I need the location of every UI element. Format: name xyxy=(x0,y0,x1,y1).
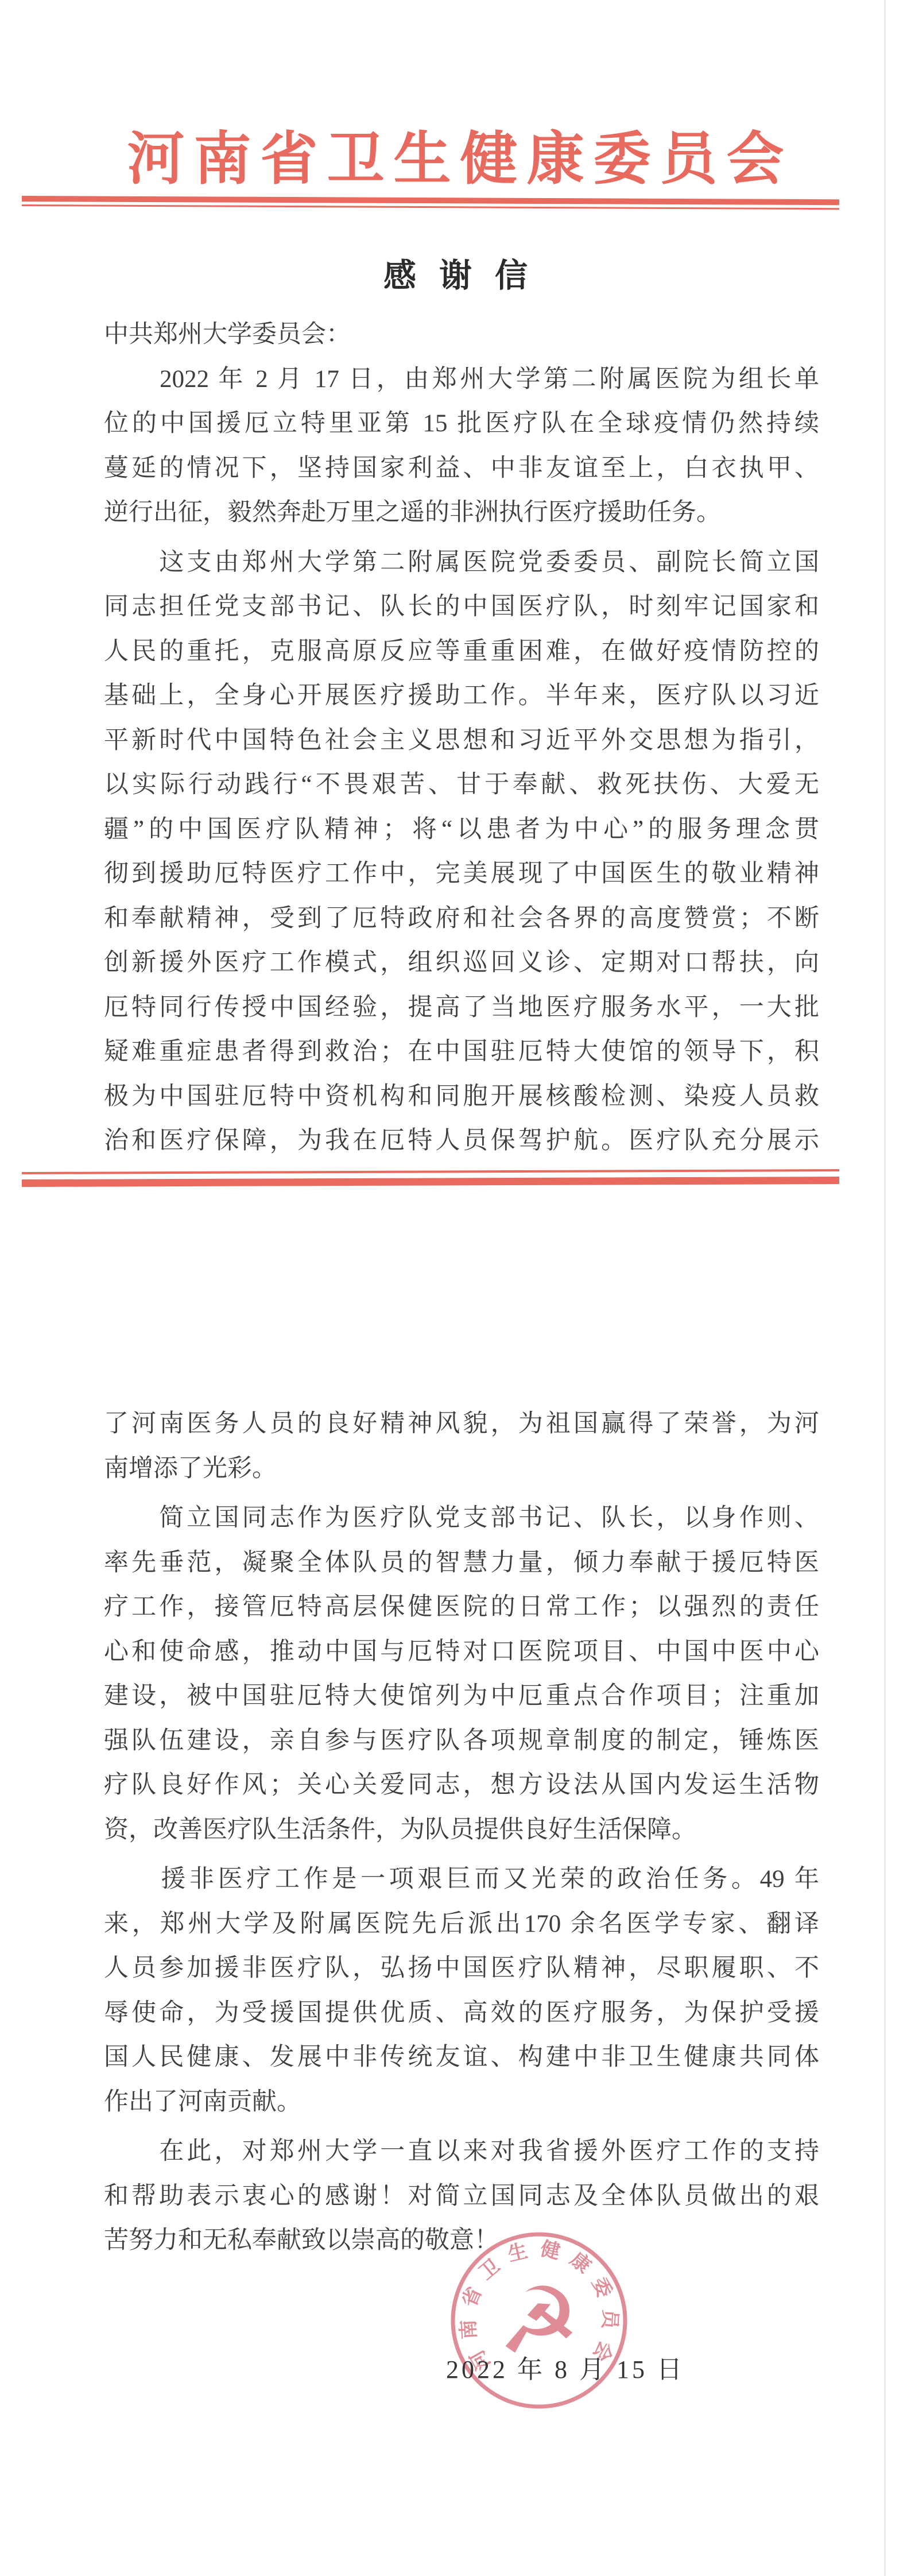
text-line: 强队伍建设，亲自参与医疗队各项规章制度的制定，锤炼医 xyxy=(104,1719,819,1763)
text-line: 简立国同志作为医疗队党支部书记、队长，以身作则、 xyxy=(104,1496,819,1541)
text-line: 来，郑州大学及附属医院先后派出170 余名医学专家、翻译 xyxy=(104,1902,819,1947)
text-line: 中共郑州大学委员会： xyxy=(104,312,819,357)
text-line: 蔓延的情况下，坚持国家利益、中非友谊至上，白衣执甲、 xyxy=(104,446,819,491)
text-line: 治和医疗保障，为我在厄特人员保驾护航。医疗队充分展示 xyxy=(104,1119,819,1163)
text-line: 人员参加援非医疗队，弘扬中国医疗队精神，尽职履职、不 xyxy=(104,1946,819,1991)
text-line: 逆行出征，毅然奔赴万里之遥的非洲执行医疗援助任务。 xyxy=(104,490,819,535)
text-line: 了河南医务人员的良好精神风貌，为祖国赢得了荣誉，为河 xyxy=(104,1402,819,1446)
text-line: 平新时代中国特色社会主义思想和习近平外交思想为指引， xyxy=(104,718,819,763)
text-line: 位的中国援厄立特里亚第 15 批医疗队在全球疫情仍然持续 xyxy=(104,401,819,446)
text-line: 厄特同行传授中国经验，提高了当地医疗服务水平，一大批 xyxy=(104,985,819,1030)
letterhead-rule-thick xyxy=(22,196,839,205)
scanned-letter-page: 河南省卫生健康委员会 感谢信 中共郑州大学委员会： 2022 年 2 月 17 … xyxy=(0,0,911,2576)
text-line: 率先垂范，凝聚全体队员的智慧力量，倾力奉献于援厄特医 xyxy=(104,1541,819,1585)
text-line: 疆”的中国医疗队精神；将“以患者为中心”的服务理念贯 xyxy=(104,807,819,852)
text-line: 疗工作，接管厄特高层保健医院的日常工作；以强烈的责任 xyxy=(104,1585,819,1630)
text-line: 2022 年 2 月 17 日，由郑州大学第二附属医院为组长单 xyxy=(104,357,819,402)
text-line: 疗队良好作风；关心关爱同志，想方设法从国内发运生活物 xyxy=(104,1763,819,1808)
text-line: 国人民健康、发展中非传统友谊、构建中非卫生健康共同体 xyxy=(104,2035,819,2080)
text-line: 疑难重症患者得到救治；在中国驻厄特大使馆的领导下，积 xyxy=(104,1030,819,1074)
text-line: 辱使命，为受援国提供优质、高效的医疗服务，为保护受援 xyxy=(104,1991,819,2036)
footer-rule-thick xyxy=(22,1177,839,1187)
letterhead-title: 河南省卫生健康委员会 xyxy=(0,113,911,195)
text-line: 基础上，全身心开展医疗援助工作。半年来，医疗队以习近 xyxy=(104,674,819,718)
text-line: 和奉献精神，受到了厄特政府和社会各界的高度赞赏；不断 xyxy=(104,896,819,941)
letterhead-rule-thin xyxy=(22,204,839,210)
text-line: 人民的重托，克服高原反应等重重困难，在做好疫情防控的 xyxy=(104,629,819,674)
text-line: 以实际行动践行“不畏艰苦、甘于奉献、救死扶伤、大爱无 xyxy=(104,763,819,807)
text-line: 极为中国驻厄特中资机构和同胞开展核酸检测、染疫人员救 xyxy=(104,1074,819,1119)
text-line: 创新援外医疗工作模式，组织巡回义诊、定期对口帮扶，向 xyxy=(104,941,819,985)
footer-rule-thin xyxy=(22,1169,839,1174)
letter-body-page2: 了河南医务人员的良好精神风貌，为祖国赢得了荣誉，为河南增添了光彩。 简立国同志作… xyxy=(104,1402,819,2263)
text-line: 南增添了光彩。 xyxy=(104,1446,819,1491)
text-line: 资，改善医疗队生活条件，为队员提供良好生活保障。 xyxy=(104,1808,819,1852)
text-line: 在此，对郑州大学一直以来对我省援外医疗工作的支持 xyxy=(104,2129,819,2174)
letter-body-page1: 中共郑州大学委员会： 2022 年 2 月 17 日，由郑州大学第二附属医院为组… xyxy=(104,312,819,1163)
text-line: 心和使命感，推动中国与厄特对口医院项目、中国中医中心 xyxy=(104,1630,819,1674)
text-line: 援非医疗工作是一项艰巨而又光荣的政治任务。49 年 xyxy=(104,1857,819,1902)
letter-date: 2022 年 8 月 15 日 xyxy=(446,2349,685,2385)
text-line: 同志担任党支部书记、队长的中国医疗队，时刻牢记国家和 xyxy=(104,585,819,629)
text-line: 作出了河南贡献。 xyxy=(104,2080,819,2125)
text-line: 这支由郑州大学第二附属医院党委委员、副院长简立国 xyxy=(104,540,819,585)
text-line: 建设，被中国驻厄特大使馆列为中厄重点合作项目；注重加 xyxy=(104,1674,819,1719)
text-line: 和帮助表示衷心的感谢！对简立国同志及全体队员做出的艰 xyxy=(104,2174,819,2219)
letter-title: 感谢信 xyxy=(0,249,911,296)
text-line: 彻到援助厄特医疗工作中，完美展现了中国医生的敬业精神 xyxy=(104,852,819,896)
scanner-edge-shadow xyxy=(884,0,886,2576)
